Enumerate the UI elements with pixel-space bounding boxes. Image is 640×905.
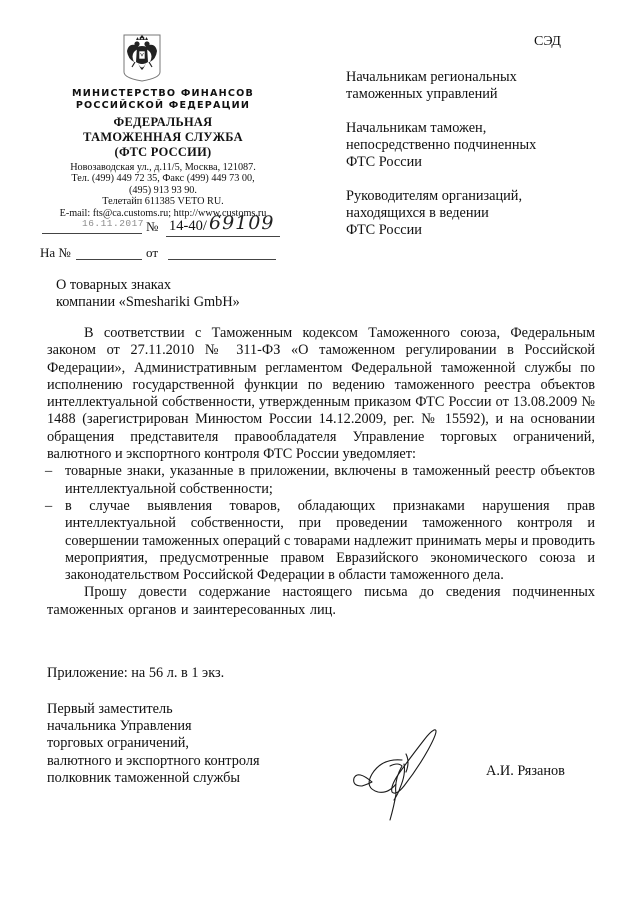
ministry-line: МИНИСТЕРСТВО ФИНАНСОВ [60,88,266,100]
address-line: Новозаводская ул., д.11/5, Москва, 12108… [50,162,276,173]
service-line: (ФТС РОССИИ) [60,145,266,160]
letter-subject: О товарных знаках компании «Smeshariki G… [56,277,316,311]
notice-item: – товарные знаки, указанные в приложении… [47,463,595,498]
contact-info: Новозаводская ул., д.11/5, Москва, 12108… [50,162,276,219]
notice-list: – товарные знаки, указанные в приложении… [47,463,595,584]
registration-line: 16.11.2017 № 14-40/ 69109 [40,216,280,236]
notice-item-text: в случае выявления товаров, обладающих п… [65,498,595,583]
request-paragraph: Прошу довести содержание настоящего пись… [47,584,595,619]
reference-date-blank [168,259,276,260]
addressee-block: Начальникам региональных таможенных упра… [346,69,606,256]
signature-icon [344,724,444,824]
addressee-customs: Начальникам таможен, непосредственно под… [346,120,606,171]
ministry-line: РОССИЙСКОЙ ФЕДЕРАЦИИ [60,100,266,112]
addressee-line: Руководителям организаций, [346,188,606,205]
registration-number-prefix: 14-40/ [169,218,207,235]
addressee-regional: Начальникам региональных таможенных упра… [346,69,606,103]
coat-of-arms-icon [121,32,163,84]
reference-number-label: На № [40,245,71,261]
intro-paragraph: В соответствии с Таможенным кодексом Там… [47,325,595,463]
phone-line: Тел. (499) 449 72 35, Факс (499) 449 73 … [50,173,276,184]
reference-date-label: от [146,245,158,261]
subject-line: О товарных знаках [56,277,316,294]
addressee-line: ФТС России [346,154,606,171]
date-underline [42,233,142,234]
signer-name: А.И. Рязанов [486,763,565,780]
number-underline [166,236,280,237]
number-sign: № [146,219,158,235]
registration-number-handwritten: 69109 [209,212,274,234]
position-line: начальника Управления [47,718,307,735]
position-line: валютного и экспортного контроля [47,753,307,770]
service-line: ТАМОЖЕННАЯ СЛУЖБА [60,130,266,145]
addressee-line: находящихся в ведении [346,205,606,222]
subject-line: компании «Smeshariki GmbH» [56,294,316,311]
signer-position: Первый заместитель начальника Управления… [47,701,307,787]
addressee-line: непосредственно подчиненных [346,137,606,154]
addressee-line: таможенных управлений [346,86,606,103]
dash-bullet: – [45,463,52,480]
reference-number-blank [76,259,142,260]
attachment-note: Приложение: на 56 л. в 1 экз. [47,665,224,682]
addressee-line: Начальникам таможен, [346,120,606,137]
reference-line: На № от [40,245,280,265]
notice-item-text: товарные знаки, указанные в приложении, … [65,463,595,496]
dash-bullet: – [45,498,52,515]
addressee-organizations: Руководителям организаций, находящихся в… [346,188,606,239]
addressee-line: Начальникам региональных [346,69,606,86]
service-line: ФЕДЕРАЛЬНАЯ [60,115,266,130]
notice-item: – в случае выявления товаров, обладающих… [47,498,595,584]
teletype-line: Телетайп 611385 VETO RU. [50,196,276,207]
position-line: Первый заместитель [47,701,307,718]
ministry-name: МИНИСТЕРСТВО ФИНАНСОВ РОССИЙСКОЙ ФЕДЕРАЦ… [60,88,266,112]
registration-date-stamp: 16.11.2017 [82,218,138,229]
letter-body: В соответствии с Таможенным кодексом Там… [47,325,595,619]
edms-mark: СЭД [534,34,561,50]
position-line: полковник таможенной службы [47,770,307,787]
addressee-line: ФТС России [346,222,606,239]
service-name: ФЕДЕРАЛЬНАЯ ТАМОЖЕННАЯ СЛУЖБА (ФТС РОССИ… [60,115,266,160]
phone-line-2: (495) 913 93 90. [50,185,276,196]
position-line: торговых ограничений, [47,735,307,752]
